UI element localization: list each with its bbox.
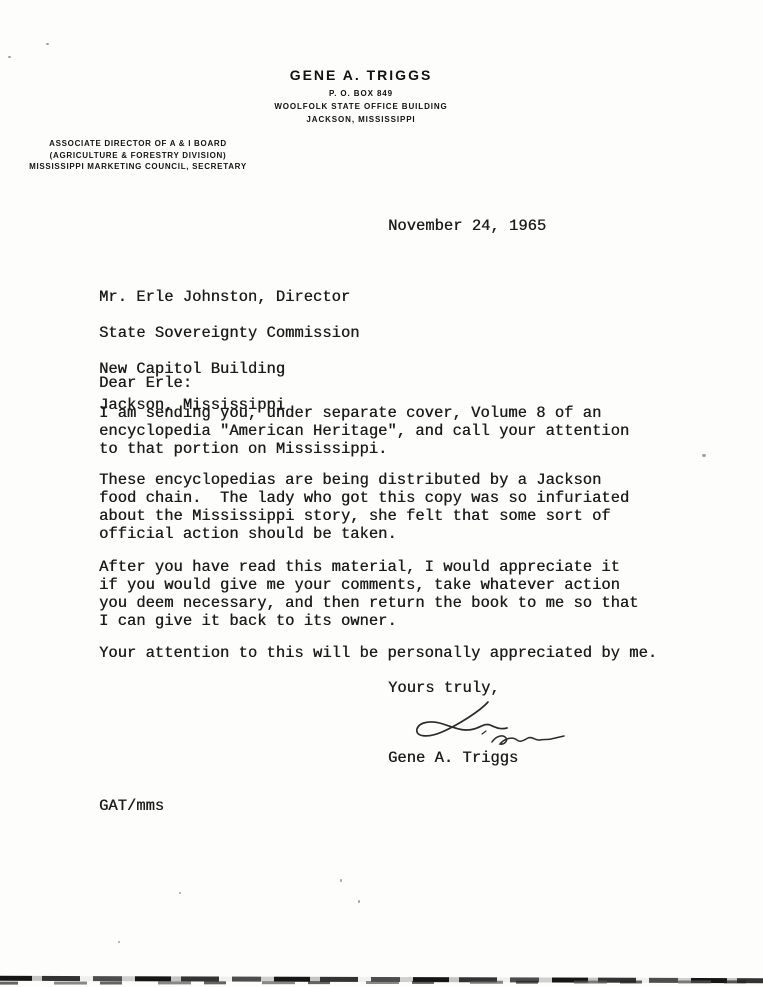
letterhead: GENE A. TRIGGS P. O. BOX 849 WOOLFOLK ST… <box>211 66 511 126</box>
valediction: Yours truly, <box>388 679 500 697</box>
letterhead-name: GENE A. TRIGGS <box>211 66 511 84</box>
letterhead-po-box: P. O. BOX 849 <box>211 87 511 100</box>
recipient-line: State Sovereignty Commission <box>99 324 359 342</box>
body-paragraph: Your attention to this will be personall… <box>99 644 657 662</box>
sender-credentials: ASSOCIATE DIRECTOR OF A & I BOARD (AGRIC… <box>17 138 259 173</box>
handwritten-signature-icon <box>396 699 566 754</box>
body-paragraph: I am sending you, under separate cover, … <box>99 404 629 458</box>
scan-speck <box>702 454 706 457</box>
letterhead-building: WOOLFOLK STATE OFFICE BUILDING <box>211 100 511 113</box>
scan-speck <box>118 941 120 943</box>
scan-speck <box>358 900 360 903</box>
salutation: Dear Erle: <box>99 374 192 392</box>
recipient-address: Mr. Erle Johnston, Director State Sovere… <box>99 288 359 414</box>
body-paragraph: After you have read this material, I wou… <box>99 558 639 630</box>
scan-speck <box>46 43 49 45</box>
credential-line: MISSISSIPPI MARKETING COUNCIL, SECRETARY <box>17 161 259 173</box>
scan-speck <box>8 56 11 58</box>
letter-date: November 24, 1965 <box>388 217 546 235</box>
scan-speck <box>340 879 342 882</box>
scan-speck <box>179 892 181 894</box>
recipient-line: Mr. Erle Johnston, Director <box>99 288 350 306</box>
letterhead-city: JACKSON, MISSISSIPPI <box>211 113 511 126</box>
body-paragraph: These encyclopedias are being distribute… <box>99 471 629 543</box>
credential-line: ASSOCIATE DIRECTOR OF A & I BOARD <box>17 138 259 150</box>
scan-artifact-bottom-edge <box>0 980 763 984</box>
signer-name: Gene A. Triggs <box>388 749 518 767</box>
reference-initials: GAT/mms <box>99 797 164 815</box>
scanned-letter-page: GENE A. TRIGGS P. O. BOX 849 WOOLFOLK ST… <box>0 0 763 987</box>
credential-line: (AGRICULTURE & FORESTRY DIVISION) <box>17 150 259 162</box>
